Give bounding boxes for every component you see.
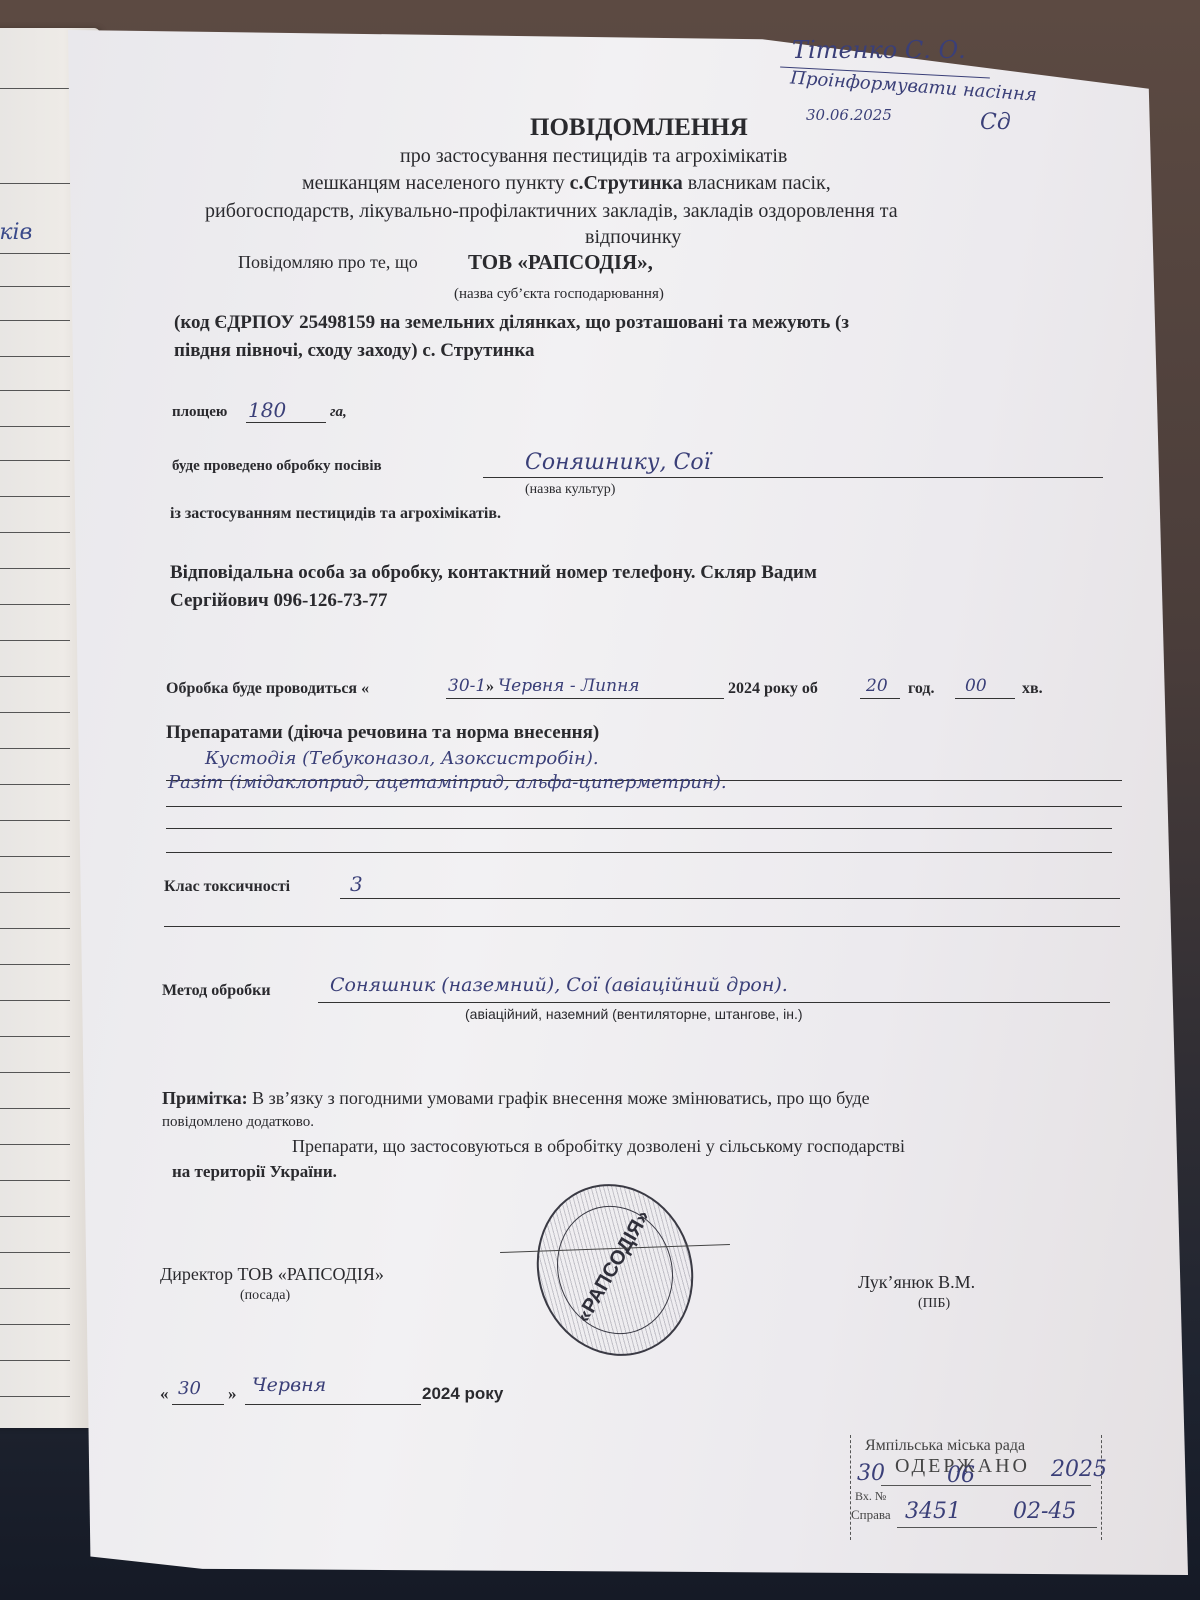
note-line1: Примітка: В зв’язку з погодними умовами … — [162, 1088, 1132, 1109]
annotation-date: 30.06.2025 — [806, 106, 892, 124]
footer-day[interactable]: 30 — [178, 1378, 201, 1399]
note-line2: повідомлено додатково. — [162, 1114, 314, 1131]
footer-year: 2024 року — [422, 1384, 503, 1404]
schedule-hour[interactable]: 20 — [866, 676, 888, 696]
signature-position-caption: (посада) — [240, 1288, 290, 1304]
header-line3: рибогосподарств, лікувально-профілактичн… — [205, 200, 898, 223]
method-caption: (авіаційний, наземний (вентиляторне, шта… — [465, 1006, 803, 1022]
village-name: с.Струтинка — [570, 172, 683, 194]
note-line4: на території України. — [172, 1162, 337, 1182]
area-value[interactable]: 180 — [248, 398, 286, 422]
preparations-label: Препаратами (діюча речовина та норма вне… — [166, 722, 599, 744]
crops-label: буде проведено обробку посівів — [172, 458, 382, 475]
received-in-label: Вх. № — [855, 1489, 886, 1504]
crops-value[interactable]: Соняшнику, Сої — [525, 450, 711, 475]
received-stamp: Ямпільська міська рада ОДЕРЖАНО 30 06 20… — [850, 1435, 1102, 1540]
area-label: площею — [172, 404, 227, 421]
document-title: ПОВІДОМЛЕННЯ — [530, 114, 748, 142]
received-case-label: Справа — [851, 1507, 891, 1523]
entity-caption: (назва суб’єкта господарювання) — [454, 286, 664, 303]
schedule-year: 2024 року об — [728, 680, 818, 698]
received-in-number: 3451 — [905, 1499, 961, 1524]
schedule-minute[interactable]: 00 — [965, 676, 987, 696]
signature-name-caption: (ПІБ) — [918, 1296, 950, 1312]
schedule-months[interactable]: Червня - Липня — [498, 676, 640, 696]
note-line3: Препарати, що застосовуються в обробітку… — [292, 1136, 905, 1157]
schedule-minute-unit: хв. — [1022, 680, 1043, 698]
received-org: Ямпільська міська рада — [865, 1437, 1025, 1455]
footer-month[interactable]: Червня — [252, 1374, 326, 1396]
crops-caption: (назва культур) — [525, 482, 615, 498]
signature-name: Лук’янюк В.М. — [858, 1272, 975, 1293]
crops-after: із застосуванням пестицидів та агрохімік… — [170, 505, 501, 523]
header-line2: мешканцям населеного пункту с.Струтинка … — [302, 172, 831, 195]
responsible-line2: Сергійович 096-126-73-77 — [170, 590, 388, 612]
annotation-initials: Сд — [980, 110, 1011, 135]
received-day: 30 — [857, 1461, 885, 1486]
entity-code-line1: (код ЄДРПОУ 25498159 на земельних ділянк… — [174, 312, 849, 334]
responsible-line1: Відповідальна особа за обробку, контактн… — [170, 562, 1120, 584]
schedule-label: Обробка буде проводиться « — [166, 680, 369, 698]
schedule-days[interactable]: 30-1 — [448, 676, 486, 696]
preparation-item[interactable]: Разіт (імідаклоприд, ацетаміприд, альфа-… — [168, 772, 727, 793]
method-label: Метод обробки — [162, 982, 271, 1000]
toxicity-value[interactable]: 3 — [350, 872, 363, 896]
entity-intro: Повідомляю про те, що — [238, 252, 418, 273]
preparation-item[interactable]: Кустодія (Тебуконазол, Азоксистробін). — [205, 748, 599, 769]
entity-code-line2: півдня півночі, сходу заходу) с. Струтин… — [174, 340, 535, 362]
header-line4: відпочинку — [585, 226, 681, 249]
area-unit: га, — [330, 404, 347, 421]
toxicity-label: Клас токсичності — [164, 878, 290, 896]
method-value[interactable]: Соняшник (наземний), Сої (авіаційний дро… — [330, 974, 788, 996]
header-line1: про застосування пестицидів та агрохімік… — [400, 145, 787, 168]
signature-position: Директор ТОВ «РАПСОДІЯ» — [160, 1264, 384, 1285]
received-case-number: 02-45 — [1013, 1499, 1076, 1524]
received-year: 2025 — [1051, 1457, 1107, 1482]
annotation-name: Тітенко С. О. — [792, 36, 966, 64]
underlying-handwriting: сіків — [0, 220, 32, 245]
schedule-hour-unit: год. — [908, 680, 935, 698]
entity-name: ТОВ «РАПСОДІЯ», — [468, 250, 653, 275]
